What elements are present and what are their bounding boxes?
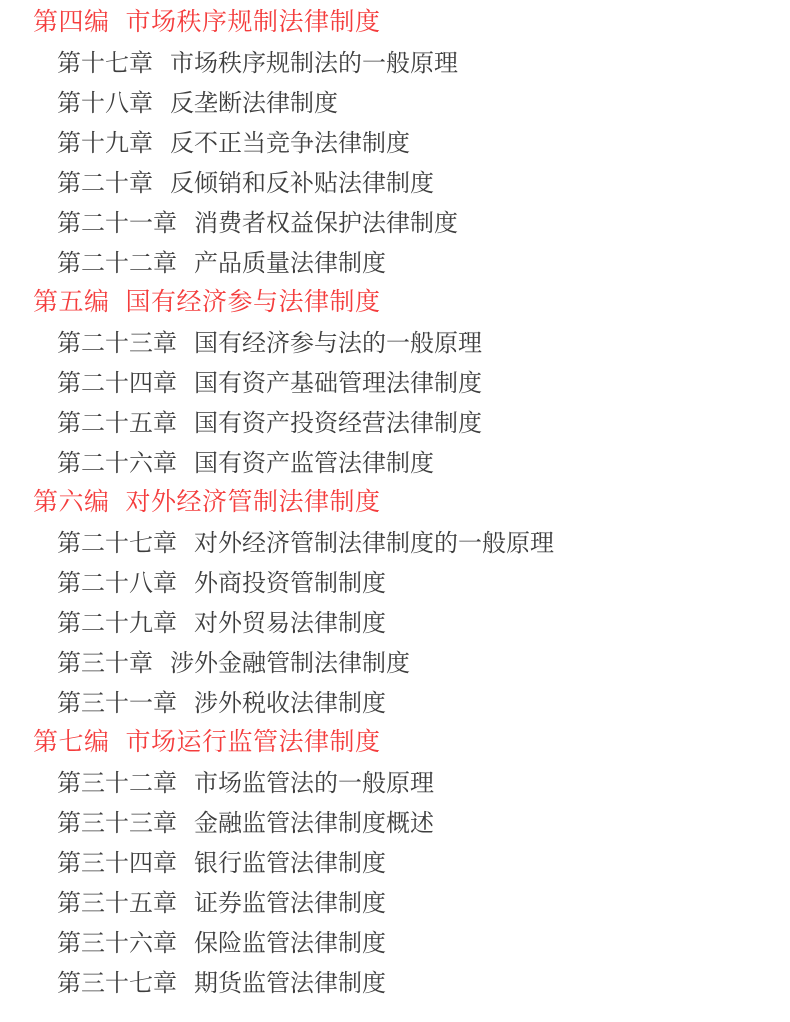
chapter-label: 第二十二章 xyxy=(57,243,177,278)
toc-chapter-row: 第三十三章 金融监管法律制度概述 xyxy=(33,800,790,840)
part-label: 第四编 xyxy=(33,2,110,38)
chapter-title: 国有资产基础管理法律制度 xyxy=(194,363,482,398)
chapter-title: 反倾销和反补贴法律制度 xyxy=(170,163,434,198)
chapter-label: 第三十五章 xyxy=(57,883,177,918)
toc-chapter-row: 第三十四章 银行监管法律制度 xyxy=(33,840,790,880)
part-heading: 第六编 对外经济管制法律制度 xyxy=(33,480,790,520)
table-of-contents: 第四编 市场秩序规制法律制度 第十七章 市场秩序规制法的一般原理 第十八章 反垄… xyxy=(0,0,790,1000)
toc-chapter-row: 第二十六章 国有资产监管法律制度 xyxy=(33,440,790,480)
chapter-label: 第十九章 xyxy=(57,123,153,158)
chapter-label: 第三十三章 xyxy=(57,803,177,838)
toc-chapter-row: 第二十七章 对外经济管制法律制度的一般原理 xyxy=(33,520,790,560)
chapter-title: 外商投资管制制度 xyxy=(194,563,386,598)
toc-chapter-row: 第三十二章 市场监管法的一般原理 xyxy=(33,760,790,800)
chapter-title: 涉外税收法律制度 xyxy=(194,683,386,718)
toc-chapter-row: 第三十五章 证券监管法律制度 xyxy=(33,880,790,920)
chapter-title: 产品质量法律制度 xyxy=(194,243,386,278)
chapter-title: 对外经济管制法律制度的一般原理 xyxy=(194,523,554,558)
chapter-title: 反不正当竞争法律制度 xyxy=(170,123,410,158)
chapter-title: 证券监管法律制度 xyxy=(194,883,386,918)
chapter-title: 国有资产投资经营法律制度 xyxy=(194,403,482,438)
toc-chapter-row: 第二十二章 产品质量法律制度 xyxy=(33,240,790,280)
part-title: 市场运行监管法律制度 xyxy=(126,722,381,758)
chapter-label: 第二十章 xyxy=(57,163,153,198)
chapter-label: 第二十五章 xyxy=(57,403,177,438)
chapter-label: 第二十三章 xyxy=(57,323,177,358)
chapter-title: 反垄断法律制度 xyxy=(170,83,338,118)
chapter-label: 第三十四章 xyxy=(57,843,177,878)
part-heading: 第五编 国有经济参与法律制度 xyxy=(33,280,790,320)
chapter-title: 消费者权益保护法律制度 xyxy=(194,203,458,238)
toc-chapter-row: 第三十章 涉外金融管制法律制度 xyxy=(33,640,790,680)
chapter-label: 第二十九章 xyxy=(57,603,177,638)
chapter-label: 第十七章 xyxy=(57,43,153,78)
toc-chapter-row: 第二十五章 国有资产投资经营法律制度 xyxy=(33,400,790,440)
chapter-title: 对外贸易法律制度 xyxy=(194,603,386,638)
chapter-label: 第三十二章 xyxy=(57,763,177,798)
part-heading: 第四编 市场秩序规制法律制度 xyxy=(33,0,790,40)
chapter-label: 第二十六章 xyxy=(57,443,177,478)
toc-chapter-row: 第二十九章 对外贸易法律制度 xyxy=(33,600,790,640)
part-label: 第五编 xyxy=(33,282,110,318)
chapter-title: 涉外金融管制法律制度 xyxy=(170,643,410,678)
chapter-label: 第三十章 xyxy=(57,643,153,678)
toc-chapter-row: 第二十八章 外商投资管制制度 xyxy=(33,560,790,600)
chapter-label: 第三十六章 xyxy=(57,923,177,958)
chapter-label: 第十八章 xyxy=(57,83,153,118)
chapter-title: 国有资产监管法律制度 xyxy=(194,443,434,478)
chapter-label: 第三十七章 xyxy=(57,963,177,998)
toc-chapter-row: 第二十三章 国有经济参与法的一般原理 xyxy=(33,320,790,360)
part-title: 国有经济参与法律制度 xyxy=(126,282,381,318)
toc-chapter-row: 第三十七章 期货监管法律制度 xyxy=(33,960,790,1000)
chapter-label: 第二十一章 xyxy=(57,203,177,238)
toc-chapter-row: 第十八章 反垄断法律制度 xyxy=(33,80,790,120)
chapter-label: 第二十八章 xyxy=(57,563,177,598)
part-heading: 第七编 市场运行监管法律制度 xyxy=(33,720,790,760)
toc-chapter-row: 第十九章 反不正当竞争法律制度 xyxy=(33,120,790,160)
chapter-title: 市场秩序规制法的一般原理 xyxy=(170,43,458,78)
part-title: 对外经济管制法律制度 xyxy=(126,482,381,518)
toc-chapter-row: 第二十四章 国有资产基础管理法律制度 xyxy=(33,360,790,400)
toc-chapter-row: 第十七章 市场秩序规制法的一般原理 xyxy=(33,40,790,80)
toc-chapter-row: 第三十六章 保险监管法律制度 xyxy=(33,920,790,960)
chapter-title: 国有经济参与法的一般原理 xyxy=(194,323,482,358)
chapter-label: 第二十四章 xyxy=(57,363,177,398)
toc-chapter-row: 第二十一章 消费者权益保护法律制度 xyxy=(33,200,790,240)
part-label: 第六编 xyxy=(33,482,110,518)
toc-chapter-row: 第三十一章 涉外税收法律制度 xyxy=(33,680,790,720)
chapter-title: 银行监管法律制度 xyxy=(194,843,386,878)
part-title: 市场秩序规制法律制度 xyxy=(126,2,381,38)
toc-chapter-row: 第二十章 反倾销和反补贴法律制度 xyxy=(33,160,790,200)
chapter-title: 期货监管法律制度 xyxy=(194,963,386,998)
chapter-label: 第三十一章 xyxy=(57,683,177,718)
chapter-label: 第二十七章 xyxy=(57,523,177,558)
chapter-title: 保险监管法律制度 xyxy=(194,923,386,958)
chapter-title: 市场监管法的一般原理 xyxy=(194,763,434,798)
part-label: 第七编 xyxy=(33,722,110,758)
chapter-title: 金融监管法律制度概述 xyxy=(194,803,434,838)
